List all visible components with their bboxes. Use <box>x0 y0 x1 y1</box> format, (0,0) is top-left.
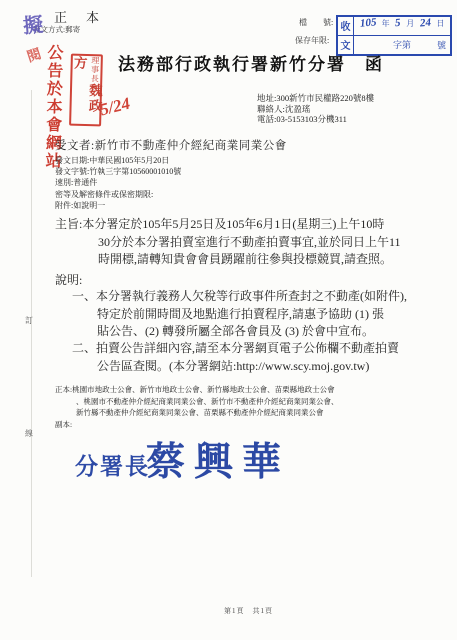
handwritten-read-mark: 閱 <box>24 43 43 66</box>
meta-attachment: 附件:如說明一 <box>55 200 181 211</box>
meta-ref-number: 發文字號:竹執三字第10560001010號 <box>55 166 181 177</box>
original-recipients-line1: 正本:桃園市地政士公會、新竹市地政士公會、新竹縣地政士公會、苗栗縣地政士公會 <box>55 384 339 396</box>
retention-period-label: 保存年限: <box>295 35 329 46</box>
left-margin-fold-line <box>31 90 32 577</box>
receipt-ref-suffix: 號 <box>437 38 446 51</box>
meta-issue-date: 發文日期:中華民國105年5月20日 <box>55 155 181 166</box>
chairman-seal-title: 理事長 <box>90 56 100 83</box>
contact-address: 地址:300新竹市民權路220號8樓 <box>257 93 374 104</box>
receipt-month-unit: 月 <box>406 18 414 29</box>
explanation-item2-line1: 二、拍賣公告詳細內容,請至本分署網頁電子公佈欄不動產拍賣 <box>72 340 452 358</box>
subject-line-3: 時開標,請轉知貴會會員踴躍前往參與投標競買,請查照。 <box>55 251 449 269</box>
item2-text-1: 拍賣公告詳細內容,請至本分署網頁電子公佈欄不動產拍賣 <box>96 341 399 355</box>
original-recipients-line3: 新竹縣不動產仲介經紀商業同業公會、苗栗縣不動產仲介經紀商業同業公會 <box>55 407 339 419</box>
metadata-block: 發文日期:中華民國105年5月20日 發文字號:竹執三字第10560001010… <box>55 155 181 211</box>
contact-phone: 電話:03-5153103分機311 <box>257 114 374 125</box>
meta-security: 密等及解密條件或保密期限: <box>55 189 181 200</box>
explanation-label: 說明: <box>55 271 82 288</box>
copy-recipients-label: 副本: <box>55 419 339 431</box>
receipt-day-unit: 日 <box>436 18 444 29</box>
item1-number: 一、 <box>72 289 96 303</box>
subject-block: 主旨:本分署定於105年5月25日及105年6月1日(星期三)上午10時 30分… <box>55 216 449 269</box>
distribution-block: 正本:桃園市地政士公會、新竹市地政士公會、新竹縣地政士公會、苗栗縣地政士公會 、… <box>55 384 339 430</box>
explanation-item1-line1: 一、本分署執行義務人欠稅等行政事件所查封之不動產(如附件), <box>72 288 452 306</box>
chairman-red-seal: 理事長魏政方 <box>69 54 103 127</box>
chairman-seal-text: 理事長魏政方 <box>69 56 103 125</box>
explanation-item1-line2: 特定於前開時間及地點進行拍賣程序,請惠予協助 (1) 張 <box>72 306 452 324</box>
meta-speed: 速別:普通件 <box>55 177 181 188</box>
explanation-item-2: 二、拍賣公告詳細內容,請至本分署網頁電子公佈欄不動產拍賣 公告區查閱。(本分署網… <box>72 340 452 375</box>
subject-label: 主旨: <box>55 217 82 231</box>
receipt-ref-prefix: 字第 <box>393 38 411 51</box>
item1-text-1: 本分署執行義務人欠稅等行政事件所查封之不動產(如附件), <box>96 289 407 303</box>
explanation-item1-line3: 貼公告、(2) 轉發所屬全部各會員及 (3) 於會中宣布。 <box>72 323 452 341</box>
subject-text-1: 本分署定於105年5月25日及105年6月1日(星期三)上午10時 <box>82 217 384 231</box>
document-title: 法務部行政執行署新竹分署 函 <box>118 50 384 75</box>
receipt-stamp-date-row: 105 年 5 月 24 日 <box>354 17 450 36</box>
draft-approval-stamp: 擬 <box>22 8 44 39</box>
signature-title-stamp: 分署長 <box>75 448 150 481</box>
contact-person: 聯絡人:沈盈瑤 <box>257 104 374 115</box>
item2-number: 二、 <box>72 341 96 355</box>
receipt-year-value: 105 <box>359 16 376 29</box>
handwritten-date: 5/24 <box>98 94 132 121</box>
receipt-day-value: 24 <box>419 17 431 30</box>
recipient-line: 受文者:新竹市不動產仲介經紀商業同業公會 <box>55 137 287 153</box>
explanation-item2-line2: 公告區查閱。(本分署網站:http://www.scy.moj.gov.tw) <box>72 358 452 376</box>
explanation-item-1: 一、本分署執行義務人欠稅等行政事件所查封之不動產(如附件), 特定於前開時間及地… <box>72 288 452 341</box>
receipt-stamp-shou: 收 <box>338 17 354 36</box>
subject-line-2: 30分於本分署拍賣室進行不動產拍賣事宜,並於同日上午11 <box>55 234 449 252</box>
scanned-official-letter: 訂 線 正 本 發文方式:郵寄 擬 閱 公告於本會網站 理事長魏政方 5/24 … <box>0 0 457 640</box>
receipt-month-value: 5 <box>395 17 402 29</box>
page-number-footer: 第1頁 共1頁 <box>224 606 273 616</box>
receipt-year-unit: 年 <box>382 18 390 29</box>
signature-name-stamp: 蔡興華 <box>146 431 290 487</box>
subject-line-1: 主旨:本分署定於105年5月25日及105年6月1日(星期三)上午10時 <box>55 216 449 234</box>
file-number-label: 檔 號: <box>299 17 333 28</box>
margin-mark-thread: 線 <box>25 428 33 439</box>
contact-block: 地址:300新竹市民權路220號8樓 聯絡人:沈盈瑤 電話:03-5153103… <box>257 93 374 125</box>
margin-mark-binding: 訂 <box>25 315 33 326</box>
original-recipients-line2: 、桃園市不動產仲介經紀商業同業公會、新竹市不動產仲介經紀商業同業公會、 <box>55 396 339 408</box>
